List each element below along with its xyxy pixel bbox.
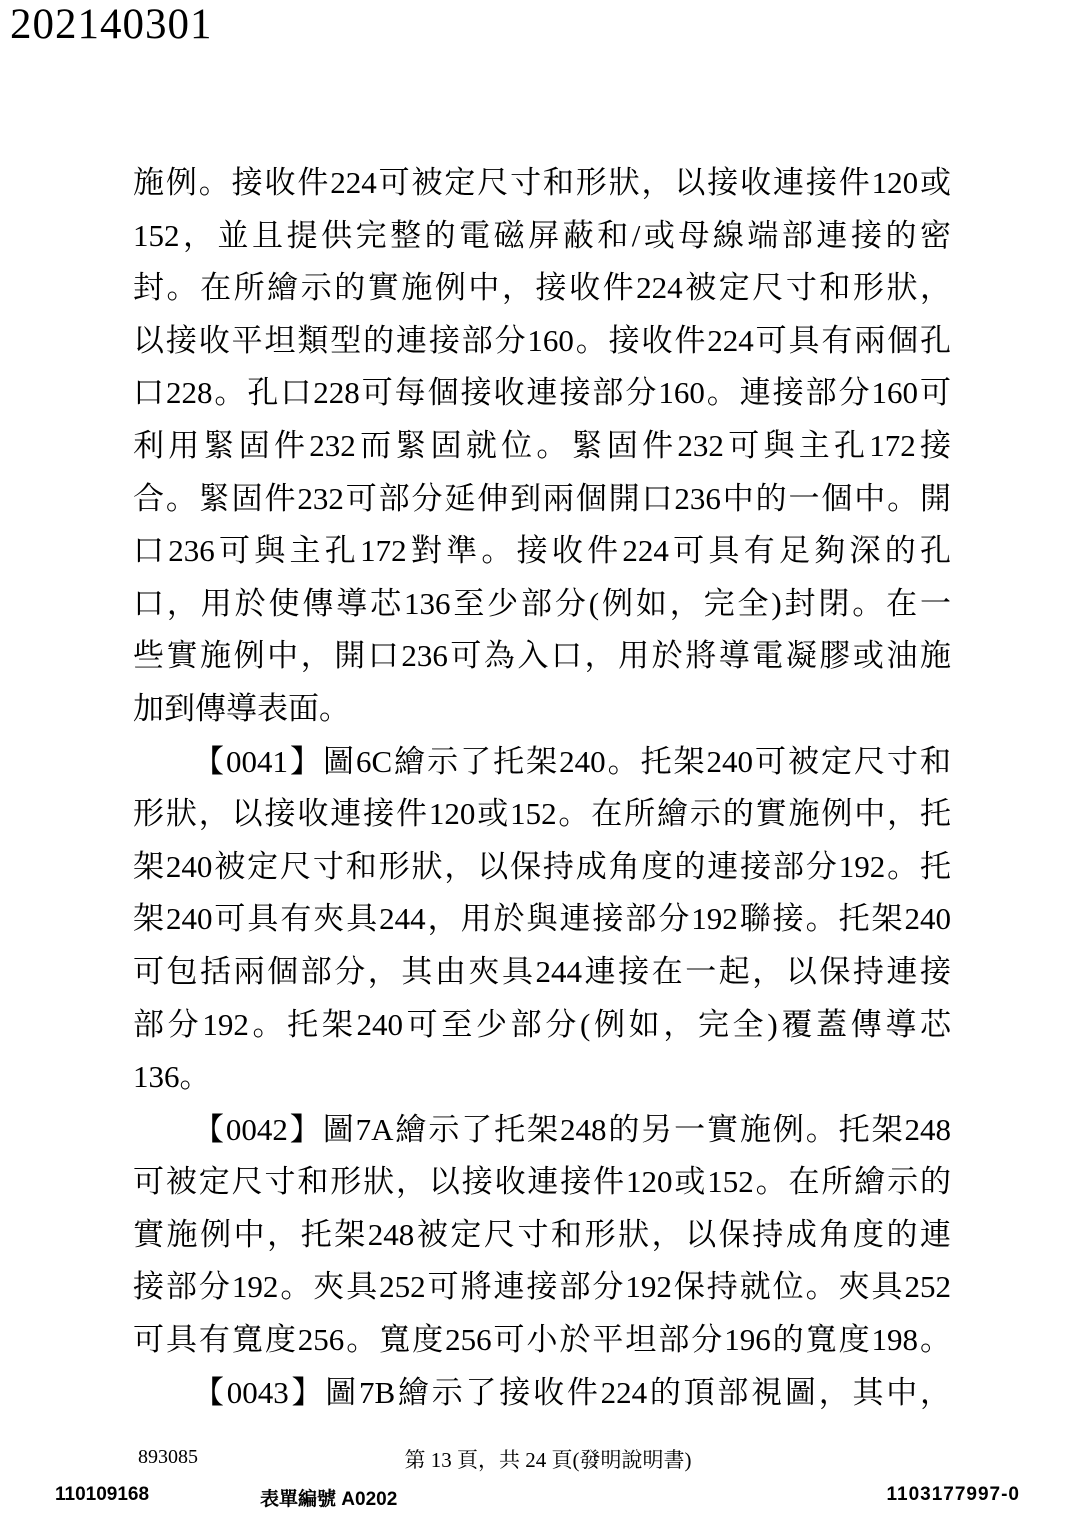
text-line: 施例。接收件224可被定尺寸和形狀，以接收連接件120或 [133, 157, 951, 210]
text-line: 合。緊固件232可部分延伸到兩個開口236中的一個中。開 [133, 473, 951, 526]
text-line: 【0041】圖6C繪示了托架240。托架240可被定尺寸和 [133, 736, 951, 789]
text-line: 可包括兩個部分，其由夾具244連接在一起，以保持連接 [133, 946, 951, 999]
text-line: 口，用於使傳導芯136至少部分(例如，完全)封閉。在一 [133, 578, 951, 631]
text-line: 些實施例中，開口236可為入口，用於將導電凝膠或油施 [133, 630, 951, 683]
text-line: 口228。孔口228可每個接收連接部分160。連接部分160可 [133, 367, 951, 420]
text-line: 架240可具有夾具244，用於與連接部分192聯接。托架240 [133, 893, 951, 946]
text-line: 接部分192。夾具252可將連接部分192保持就位。夾具252 [133, 1261, 951, 1314]
text-line: 口236可與主孔172對準。接收件224可具有足夠深的孔 [133, 525, 951, 578]
footer-application-number: 110109168 [55, 1484, 149, 1506]
text-line: 架240被定尺寸和形狀，以保持成角度的連接部分192。托 [133, 841, 951, 894]
footer-page-indicator: 第 13 頁，共 24 頁(發明說明書) [8, 1444, 1080, 1474]
text-line: 136。 [133, 1051, 951, 1104]
text-line: 利用緊固件232而緊固就位。緊固件232可與主孔172接 [133, 420, 951, 473]
text-line: 【0043】圖7B繪示了接收件224的頂部視圖，其中， [133, 1367, 951, 1420]
text-line: 加到傳導表面。 [133, 683, 951, 736]
text-line: 【0042】圖7A繪示了托架248的另一實施例。托架248 [133, 1104, 951, 1157]
text-line: 152，並且提供完整的電磁屏蔽和/或母線端部連接的密 [133, 210, 951, 263]
text-line: 可被定尺寸和形狀，以接收連接件120或152。在所繪示的 [133, 1156, 951, 1209]
publication-number: 202140301 [10, 0, 213, 49]
text-line: 封。在所繪示的實施例中，接收件224被定尺寸和形狀， [133, 262, 951, 315]
patent-document-page: 202140301 施例。接收件224可被定尺寸和形狀，以接收連接件120或15… [0, 0, 1080, 1526]
text-line: 可具有寬度256。寬度256可小於平坦部分196的寬度198。 [133, 1314, 951, 1367]
footer-form-number: 表單編號 A0202 [260, 1484, 397, 1511]
text-line: 實施例中，托架248被定尺寸和形狀，以保持成角度的連 [133, 1209, 951, 1262]
text-line: 以接收平坦類型的連接部分160。接收件224可具有兩個孔 [133, 315, 951, 368]
text-line: 形狀，以接收連接件120或152。在所繪示的實施例中，托 [133, 788, 951, 841]
text-line: 部分192。托架240可至少部分(例如，完全)覆蓋傳導芯 [133, 999, 951, 1052]
footer-reference-number: 1103177997-0 [886, 1484, 1020, 1506]
description-body: 施例。接收件224可被定尺寸和形狀，以接收連接件120或152，並且提供完整的電… [133, 157, 951, 1419]
